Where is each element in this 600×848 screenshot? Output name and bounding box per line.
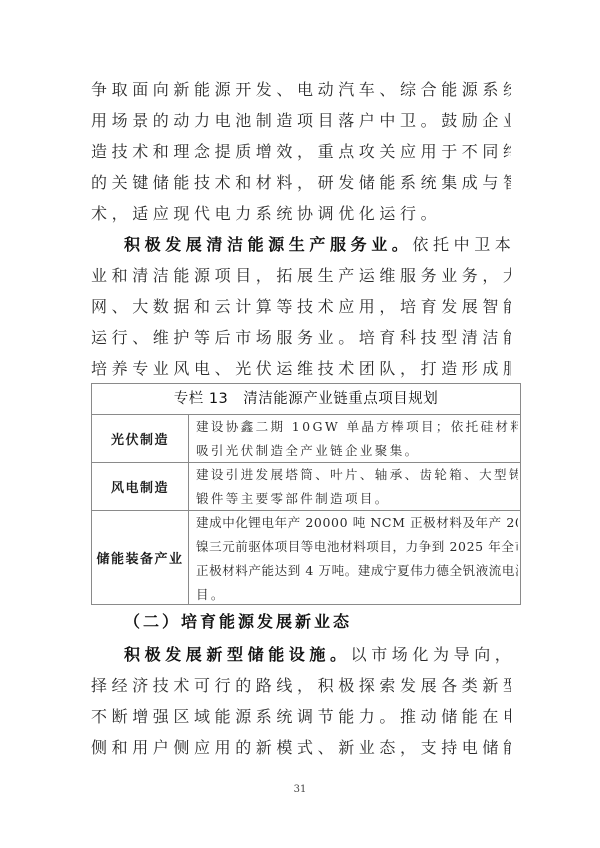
cell-line: 吸引光伏制造全产业链企业聚集。 <box>196 439 518 463</box>
cell-line: 正极材料产能达到 4 万吨。建成宁夏伟力德全钒液流电池项 <box>196 559 518 583</box>
paragraph-lead: 积极发展清洁能源生产服务业。 <box>124 235 412 254</box>
page-number: 31 <box>0 784 600 795</box>
paragraph-text: 依托中卫本地装备制造 <box>412 235 514 254</box>
cell-line: 建成中化锂电年产 20000 吨 NCM 正极材料及年产 20000 吨高 <box>196 511 518 535</box>
cell-line: 建设协鑫二期 10GW 单晶方棒项目；依托硅材料生产基础， <box>196 415 518 439</box>
document-page: 争取面向新能源开发、电动汽车、综合能源系统不同终端应 用场景的动力电池制造项目落… <box>0 0 600 848</box>
row-label: 风电制造 <box>92 463 189 510</box>
text-line: 运行、维护等后市场服务业。培育科技型清洁能源服务企业， <box>91 322 511 353</box>
text-line: 的关键储能技术和材料，研发储能系统集成与智能控制技 <box>91 167 511 198</box>
section-heading: （二）培育能源发展新业态 <box>124 606 352 637</box>
text-line: 不断增强区域能源系统调节能力。推动储能在电源侧、电网 <box>91 701 511 732</box>
row-content: 建设协鑫二期 10GW 单晶方棒项目；依托硅材料生产基础， 吸引光伏制造全产业链… <box>196 415 518 463</box>
row-content: 建成中化锂电年产 20000 吨 NCM 正极材料及年产 20000 吨高 镍三… <box>196 511 518 607</box>
text-line: 侧和用户侧应用的新模式、新业态，支持电储能系统作为独 <box>91 732 511 763</box>
text-line: 业和清洁能源项目，拓展生产运维服务业务，大力推进物联 <box>91 260 511 291</box>
table-row-storage: 储能装备产业 建成中化锂电年产 20000 吨 NCM 正极材料及年产 2000… <box>92 511 520 604</box>
text-line: 择经济技术可行的路线，积极探索发展各类新型储能设施， <box>91 670 511 701</box>
row-label: 光伏制造 <box>92 415 189 462</box>
cell-line: 建设引进发展塔筒、叶片、轴承、齿轮箱、大型铸件、专用 <box>196 463 518 487</box>
text-line: 术，适应现代电力系统协调优化运行。 <box>91 198 511 229</box>
text-line: 造技术和理念提质增效，重点攻关应用于不同终端应用场景 <box>91 136 511 167</box>
text-line: 用场景的动力电池制造项目落户中卫。鼓励企业采用先进制 <box>91 105 511 136</box>
cell-line: 目。 <box>196 583 518 607</box>
text-line: 培养专业风电、光伏运维技术团队，打造形成服务本地、辐 <box>91 353 511 384</box>
row-content: 建设引进发展塔筒、叶片、轴承、齿轮箱、大型铸件、专用 锻件等主要零部件制造项目。 <box>196 463 518 511</box>
text-line: 积极发展新型储能设施。以市场化为导向，科学合理选 <box>124 639 514 670</box>
cell-line: 锻件等主要零部件制造项目。 <box>196 487 518 511</box>
project-plan-table: 专栏 13 清洁能源产业链重点项目规划 光伏制造 建设协鑫二期 10GW 单晶方… <box>91 383 521 605</box>
text-line: 争取面向新能源开发、电动汽车、综合能源系统不同终端应 <box>91 74 511 105</box>
table-row-wind: 风电制造 建设引进发展塔筒、叶片、轴承、齿轮箱、大型铸件、专用 锻件等主要零部件… <box>92 463 520 511</box>
row-label: 储能装备产业 <box>92 511 189 604</box>
paragraph-text: 以市场化为导向，科学合理选 <box>351 645 514 664</box>
text-line: 积极发展清洁能源生产服务业。依托中卫本地装备制造 <box>124 229 514 260</box>
text-line: 网、大数据和云计算等技术应用，培育发展智能化电力管理、 <box>91 291 511 322</box>
cell-line: 镍三元前驱体项目等电池材料项目，力争到 2025 年全市电池 <box>196 535 518 559</box>
table-title: 专栏 13 清洁能源产业链重点项目规划 <box>92 384 520 415</box>
table-row-pv: 光伏制造 建设协鑫二期 10GW 单晶方棒项目；依托硅材料生产基础， 吸引光伏制… <box>92 415 520 463</box>
paragraph-lead: 积极发展新型储能设施。 <box>124 645 351 664</box>
